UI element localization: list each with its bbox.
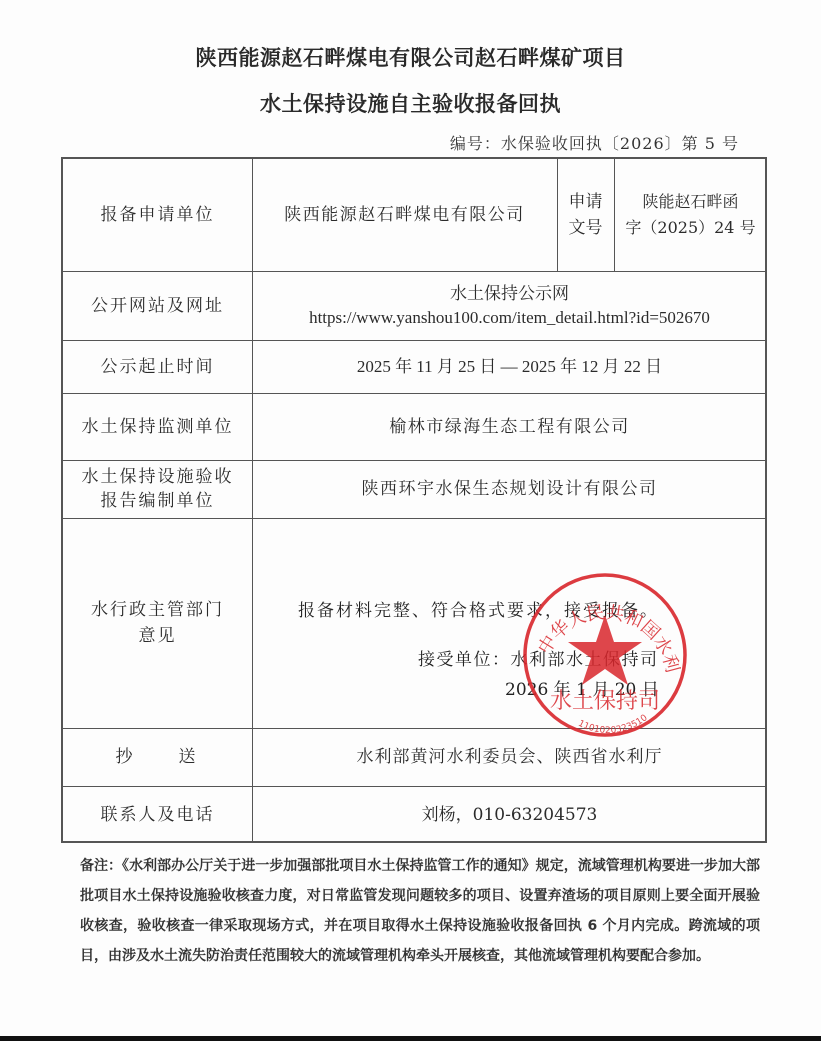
footnote: 备注：《水利部办公厅关于进一步加强部批项目水土保持监管工作的通知》规定，流域管理… — [80, 851, 760, 971]
seal-icon: 中华人民共和国水利部 水土保持司 1101020323510 — [520, 570, 690, 740]
value-applicant-unit: 陕西能源赵石畔煤电有限公司 — [252, 159, 557, 271]
document-title-line2: 水土保持设施自主验收报备回执 — [0, 88, 821, 118]
label-application-doc-no-line1: 申请 — [569, 189, 603, 215]
label-authority-opinion: 水行政主管部门 意见 — [63, 518, 252, 728]
label-applicant-unit: 报备申请单位 — [63, 159, 252, 271]
value-monitoring-unit: 榆林市绿海生态工程有限公司 — [252, 393, 767, 460]
label-cc: 抄 送 — [63, 728, 252, 786]
value-application-doc-no-line1: 陕能赵石畔函 — [642, 189, 738, 215]
value-application-doc-no-line2: 字（2025）24 号 — [625, 215, 755, 241]
label-report-compiler-line1: 水土保持设施验收 — [82, 465, 234, 489]
receipt-table: 报备申请单位 陕西能源赵石畔煤电有限公司 申请 文号 陕能赵石畔函 字（2025… — [61, 157, 767, 843]
svg-text:1101020323510: 1101020323510 — [576, 713, 650, 736]
official-seal: 中华人民共和国水利部 水土保持司 1101020323510 — [520, 570, 690, 740]
website-url-link[interactable]: https://www.yanshou100.com/item_detail.h… — [309, 306, 710, 330]
label-publicity-period: 公示起止时间 — [63, 340, 252, 393]
value-contact: 刘杨，010-63204573 — [252, 786, 767, 843]
label-authority-opinion-line1: 水行政主管部门 — [91, 597, 224, 623]
value-publicity-period: 2025 年 11 月 25 日 — 2025 年 12 月 22 日 — [252, 340, 767, 393]
label-application-doc-no-line2: 文号 — [569, 215, 603, 241]
bottom-edge — [0, 1036, 821, 1041]
document-number: 编号：水保验收回执〔2026〕第 5 号 — [450, 131, 739, 154]
label-authority-opinion-line2: 意见 — [139, 623, 177, 649]
label-public-website: 公开网站及网址 — [63, 271, 252, 340]
value-public-website: 水土保持公示网 https://www.yanshou100.com/item_… — [252, 271, 767, 340]
website-name: 水土保持公示网 — [450, 282, 569, 306]
value-application-doc-no: 陕能赵石畔函 字（2025）24 号 — [614, 159, 767, 271]
value-report-compiler: 陕西环宇水保生态规划设计有限公司 — [252, 460, 767, 518]
label-report-compiler-line2: 报告编制单位 — [101, 489, 215, 513]
label-application-doc-no: 申请 文号 — [557, 159, 614, 271]
label-monitoring-unit: 水土保持监测单位 — [63, 393, 252, 460]
svg-text:水土保持司: 水土保持司 — [550, 689, 660, 714]
document-title-line1: 陕西能源赵石畔煤电有限公司赵石畔煤矿项目 — [0, 42, 821, 72]
label-report-compiler: 水土保持设施验收 报告编制单位 — [63, 460, 252, 518]
label-contact: 联系人及电话 — [63, 786, 252, 843]
